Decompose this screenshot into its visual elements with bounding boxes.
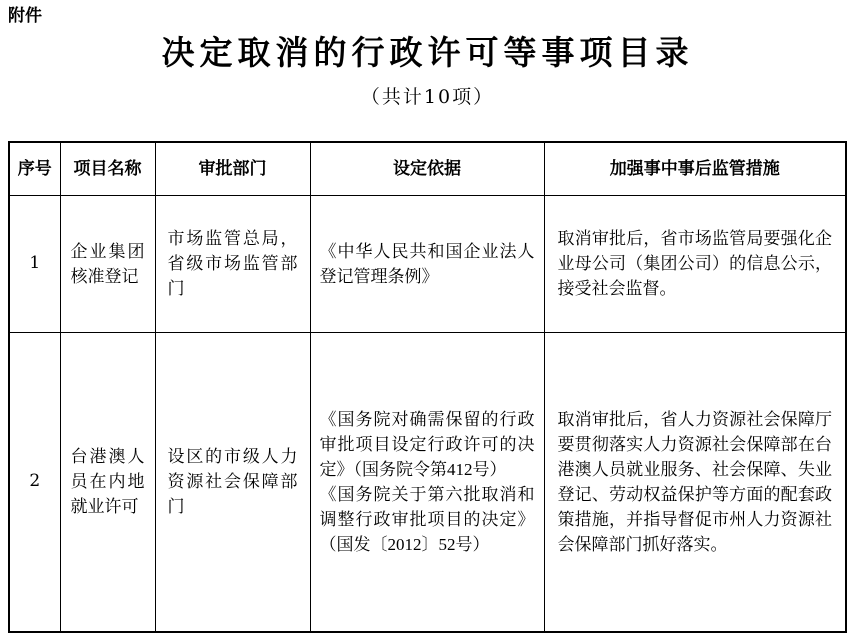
header-measures: 加强事中事后监管措施 [544, 142, 846, 195]
table-header-row: 序号 项目名称 审批部门 设定依据 加强事中事后监管措施 [9, 142, 846, 195]
cell-basis: 《中华人民共和国企业法人登记管理条例》 [310, 195, 544, 332]
cell-project-name: 企业集团核准登记 [60, 195, 155, 332]
page-title: 决定取消的行政许可等事项目录 [0, 0, 855, 76]
basis-item: 《中华人民共和国企业法人登记管理条例》 [320, 239, 535, 289]
document-page: { "page": { "attachment_label": "附件", "t… [0, 0, 855, 642]
page-subtitle: （共计10项） [0, 76, 855, 111]
header-department: 审批部门 [155, 142, 310, 195]
cell-department: 设区的市级人力资源社会保障部门 [155, 332, 310, 632]
cell-no: 1 [9, 195, 60, 332]
table-row: 1 企业集团核准登记 市场监管总局，省级市场监管部门 《中华人民共和国企业法人登… [9, 195, 846, 332]
attachment-label: 附件 [8, 5, 42, 27]
header-no: 序号 [9, 142, 60, 195]
table-row: 2 台港澳人员在内地就业许可 设区的市级人力资源社会保障部门 《国务院对确需保留… [9, 332, 846, 632]
basis-item: 《国务院关于第六批取消和调整行政审批项目的决定》（国发〔2012〕52号） [320, 482, 535, 557]
cell-department: 市场监管总局，省级市场监管部门 [155, 195, 310, 332]
catalog-table: 序号 项目名称 审批部门 设定依据 加强事中事后监管措施 1 企业集团核准登记 … [8, 141, 847, 633]
cell-measures: 取消审批后，省市场监管局要强化企业母公司（集团公司）的信息公示，接受社会监督。 [544, 195, 846, 332]
cell-basis: 《国务院对确需保留的行政审批项目设定行政许可的决定》（国务院令第412号） 《国… [310, 332, 544, 632]
header-basis: 设定依据 [310, 142, 544, 195]
cell-project-name: 台港澳人员在内地就业许可 [60, 332, 155, 632]
basis-item: 《国务院对确需保留的行政审批项目设定行政许可的决定》（国务院令第412号） [320, 407, 535, 482]
cell-no: 2 [9, 332, 60, 632]
header-name: 项目名称 [60, 142, 155, 195]
cell-measures: 取消审批后，省人力资源社会保障厅要贯彻落实人力资源社会保障部在台港澳人员就业服务… [544, 332, 846, 632]
